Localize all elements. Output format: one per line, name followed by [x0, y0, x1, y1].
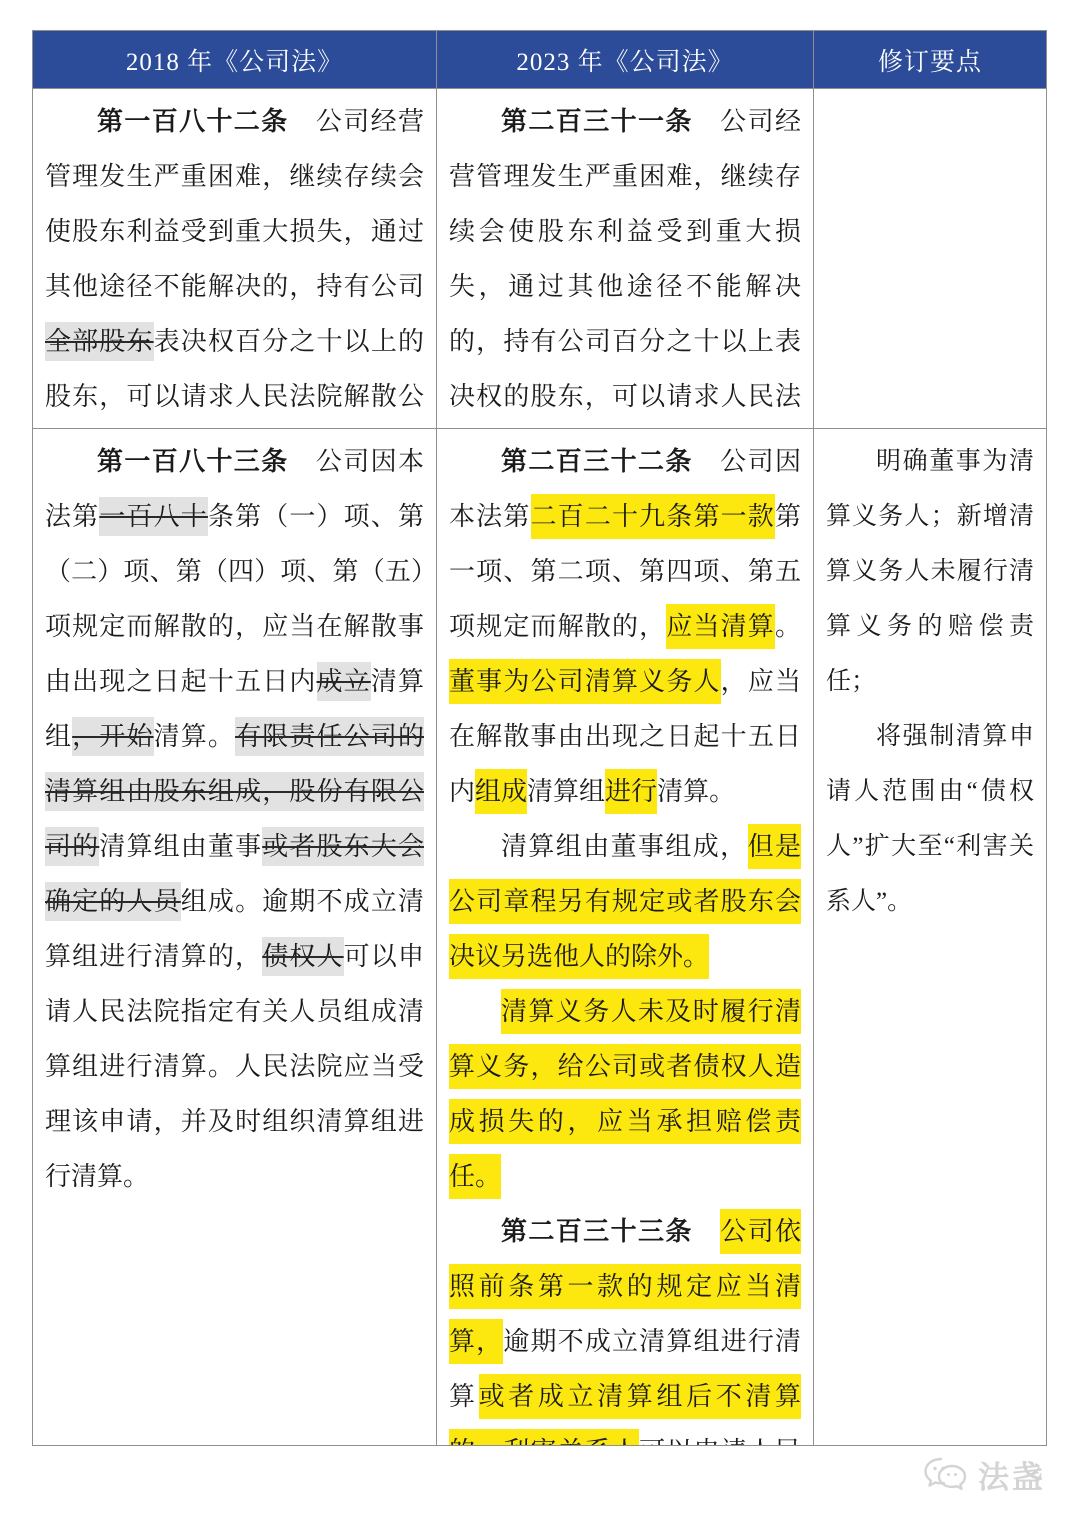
- paragraph: 清算组由董事组成，但是公司章程另有规定或者股东会决议另选他人的除外。: [449, 819, 801, 984]
- watermark-text: 法盏: [978, 1452, 1046, 1497]
- text-segment: 可以申请人民法院指定有关人员组成清算组进行清算。人民法院应当受理该申请，并及时组…: [45, 942, 424, 1191]
- text-segment: 清算。: [154, 722, 235, 751]
- paragraph: 第二百三十二条 公司因本法第二百二十九条第一款第一项、第二项、第四项、第五项规定…: [449, 434, 801, 819]
- cell-2023-article-231: 第二百三十一条 公司经营管理发生严重困难，继续存续会使股东利益受到重大损失，通过…: [437, 89, 814, 429]
- highlighted-text-segment: 进行: [605, 769, 657, 814]
- paragraph: 第一百八十三条 公司因本法第一百八十条第（一）项、第（二）项、第（四）项、第（五…: [45, 434, 424, 1204]
- paragraph: 明确董事为清算义务人；新增清算义务人未履行清算义务的赔偿责任；: [826, 434, 1034, 709]
- strikethrough-text-segment: ，开始: [72, 717, 153, 756]
- strikethrough-text-segment: 一百八十: [99, 497, 208, 536]
- highlighted-text-segment: 第一款: [693, 494, 775, 539]
- header-2018-law: 2018 年《公司法》: [33, 31, 437, 89]
- text-segment: 清算组由董事: [99, 832, 262, 861]
- highlighted-text-segment: 应当清算: [666, 604, 775, 649]
- text-segment: 清算组: [527, 777, 605, 806]
- text-segment: 将强制清算申请人范围由“债权人”扩大至“利害关系人”。: [826, 723, 1034, 915]
- text-segment: [693, 1217, 720, 1246]
- article-number: 第二百三十一条: [501, 107, 693, 136]
- text-segment: 。: [775, 612, 801, 641]
- wechat-icon: [922, 1455, 970, 1495]
- highlighted-text-segment: 二百二十九条: [531, 494, 694, 539]
- highlighted-text-segment: 组成: [475, 769, 527, 814]
- cell-notes-row1-empty: [814, 89, 1047, 429]
- strikethrough-text-segment: 全部股东: [45, 322, 154, 361]
- highlighted-text-segment: 清算义务人未及时履行清算义务，给公司或者债权人造成损失的，应当承担赔偿责任。: [449, 989, 801, 1199]
- strikethrough-text-segment: 债权人: [262, 937, 343, 976]
- cell-2018-article-183: 第一百八十三条 公司因本法第一百八十条第（一）项、第（二）项、第（四）项、第（五…: [33, 429, 437, 1446]
- paragraph: 第二百三十三条 公司依照前条第一款的规定应当清算，逾期不成立清算组进行清算或者成…: [449, 1204, 801, 1446]
- highlighted-text-segment: 董事为公司清算义务人: [449, 659, 721, 704]
- text-segment: 公司经营管理发生严重困难，继续存续会使股东利益受到重大损失，通过其他途径不能解决…: [449, 107, 801, 429]
- article-number: 第二百三十二条: [501, 447, 693, 476]
- text-segment: 明确董事为清算义务人；新增清算义务人未履行清算义务的赔偿责任；: [826, 448, 1034, 695]
- paragraph: 将强制清算申请人范围由“债权人”扩大至“利害关系人”。: [826, 709, 1034, 929]
- text-segment: 清算。: [657, 777, 735, 806]
- text-segment: 公司经营管理发生严重困难，继续存续会使股东利益受到重大损失，通过其他途径不能解决…: [45, 107, 424, 301]
- strikethrough-text-segment: 成立: [317, 662, 371, 701]
- text-segment: 清算组由董事组成，: [501, 832, 748, 861]
- watermark: 法盏: [922, 1452, 1046, 1497]
- header-2023-law: 2023 年《公司法》: [437, 31, 814, 89]
- article-number: 第二百三十三条: [501, 1217, 693, 1246]
- cell-2018-article-182: 第一百八十二条 公司经营管理发生严重困难，继续存续会使股东利益受到重大损失，通过…: [33, 89, 437, 429]
- paragraph: 清算义务人未及时履行清算义务，给公司或者债权人造成损失的，应当承担赔偿责任。: [449, 984, 801, 1204]
- cell-notes-row2: 明确董事为清算义务人；新增清算义务人未履行清算义务的赔偿责任；将强制清算申请人范…: [814, 429, 1047, 1446]
- law-comparison-table: 2018 年《公司法》 2023 年《公司法》 修订要点 第一百八十二条 公司经…: [32, 30, 1047, 1446]
- article-number: 第一百八十二条: [97, 107, 289, 136]
- paragraph: 第二百三十一条 公司经营管理发生严重困难，继续存续会使股东利益受到重大损失，通过…: [449, 94, 801, 429]
- highlighted-text-segment: 利害关系人: [503, 1429, 639, 1446]
- cell-2023-articles-232-233: 第二百三十二条 公司因本法第二百二十九条第一款第一项、第二项、第四项、第五项规定…: [437, 429, 814, 1446]
- paragraph: 第一百八十二条 公司经营管理发生严重困难，继续存续会使股东利益受到重大损失，通过…: [45, 94, 424, 429]
- header-revision-points: 修订要点: [814, 31, 1047, 89]
- article-number: 第一百八十三条: [97, 447, 289, 476]
